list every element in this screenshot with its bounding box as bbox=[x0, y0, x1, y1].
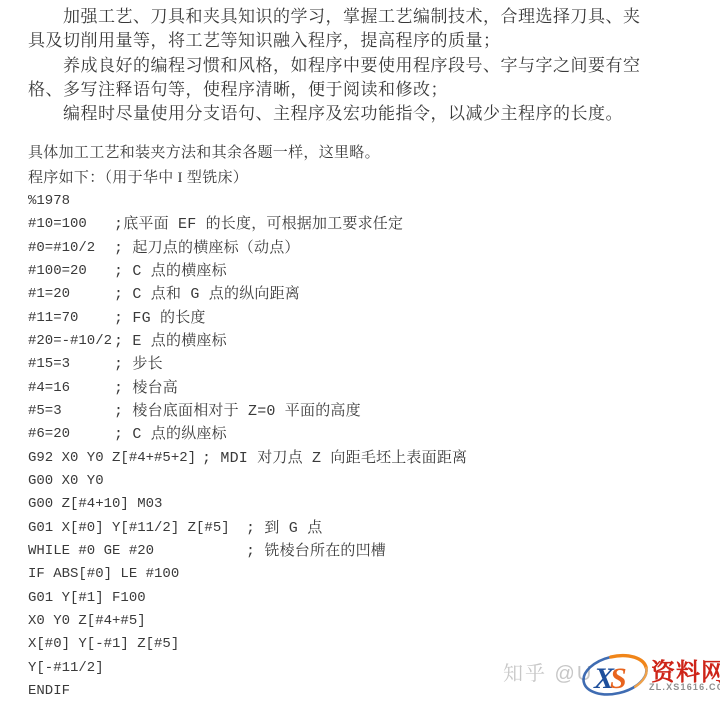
code-text: G00 X0 Y0 bbox=[28, 470, 104, 493]
code-text: #1=20 bbox=[28, 283, 70, 306]
paragraph-line: 具及切削用量等，将工艺等知识融入程序，提高程序的质量； bbox=[28, 29, 688, 53]
code-text: #4=16 bbox=[28, 377, 70, 400]
note-line: 具体加工工艺和装夹方法和其余各题一样，这里略。 bbox=[28, 141, 688, 165]
paragraph-line: 格、多写注释语句等，使程序清晰，便于阅读和修改； bbox=[28, 78, 688, 102]
code-text: #6=20 bbox=[28, 423, 70, 446]
code-text: #20=-#10/2 bbox=[28, 330, 112, 353]
code-line: G00 X0 Y0 bbox=[28, 470, 688, 493]
code-line: #6=20; C 点的纵座标 bbox=[28, 423, 688, 446]
code-line: WHILE #0 GE #20; 铣棱台所在的凹槽 bbox=[28, 540, 688, 563]
paragraph-line: 加强工艺、刀具和夹具知识的学习，掌握工艺编制技术，合理选择刀具、夹 bbox=[28, 5, 688, 29]
code-text: #100=20 bbox=[28, 260, 87, 283]
code-comment: ; 到 G 点 bbox=[246, 517, 322, 540]
code-text: #15=3 bbox=[28, 353, 70, 376]
code-line: #4=16; 棱台高 bbox=[28, 377, 688, 400]
code-line: #15=3; 步长 bbox=[28, 353, 688, 376]
code-comment: ; FG 的长度 bbox=[114, 307, 206, 330]
code-text: Y[-#11/2] bbox=[28, 657, 104, 680]
code-line: G92 X0 Y0 Z[#4+#5+2]; MDI 对刀点 Z 向距毛坯上表面距… bbox=[28, 447, 688, 470]
code-line: X0 Y0 Z[#4+#5] bbox=[28, 610, 688, 633]
code-comment: ; 棱台底面相对于 Z=0 平面的高度 bbox=[114, 400, 361, 423]
program-listing: %1978#10=100;底平面 EF 的长度，可根据加工要求任定#0=#10/… bbox=[28, 190, 688, 701]
code-line: #10=100;底平面 EF 的长度，可根据加工要求任定 bbox=[28, 213, 688, 236]
code-line: #11=70; FG 的长度 bbox=[28, 307, 688, 330]
paragraph-line: 编程时尽量使用分支语句、主程序及宏功能指令，以减少主程序的长度。 bbox=[28, 102, 688, 126]
code-line: G01 X[#0] Y[#11/2] Z[#5]; 到 G 点 bbox=[28, 517, 688, 540]
code-comment: ; 铣棱台所在的凹槽 bbox=[246, 540, 386, 563]
code-text: #11=70 bbox=[28, 307, 78, 330]
code-text: G01 X[#0] Y[#11/2] Z[#5] bbox=[28, 517, 230, 540]
xs-logo-icon: XS bbox=[578, 647, 654, 701]
code-comment: ;底平面 EF 的长度，可根据加工要求任定 bbox=[114, 213, 403, 236]
code-text: ENDIF bbox=[28, 680, 70, 701]
code-text: G00 Z[#4+10] M03 bbox=[28, 493, 162, 516]
code-line: IF ABS[#0] LE #100 bbox=[28, 563, 688, 586]
code-text: X0 Y0 Z[#4+#5] bbox=[28, 610, 146, 633]
code-comment: ; 棱台高 bbox=[114, 377, 178, 400]
code-comment: ; 步长 bbox=[114, 353, 163, 376]
brand-domain: ZL.XS1616.COM bbox=[649, 682, 720, 692]
code-line: G00 Z[#4+10] M03 bbox=[28, 493, 688, 516]
code-text: #0=#10/2 bbox=[28, 237, 95, 260]
paragraph-line: 养成良好的编程习惯和风格，如程序中要使用程序段号、字与字之间要有空 bbox=[28, 54, 688, 78]
document-body: 加强工艺、刀具和夹具知识的学习，掌握工艺编制技术，合理选择刀具、夹具及切削用量等… bbox=[28, 5, 688, 701]
notes-block: 具体加工工艺和装夹方法和其余各题一样，这里略。程序如下：（用于华中 I 型铣床） bbox=[28, 141, 688, 189]
note-line: 程序如下：（用于华中 I 型铣床） bbox=[28, 166, 688, 190]
code-text: #5=3 bbox=[28, 400, 62, 423]
code-line: #20=-#10/2; E 点的横座标 bbox=[28, 330, 688, 353]
code-comment: ; C 点的横座标 bbox=[114, 260, 227, 283]
code-line: #5=3; 棱台底面相对于 Z=0 平面的高度 bbox=[28, 400, 688, 423]
code-text: G92 X0 Y0 Z[#4+#5+2] bbox=[28, 447, 196, 470]
code-text: G01 Y[#1] F100 bbox=[28, 587, 146, 610]
code-text: %1978 bbox=[28, 190, 70, 213]
svg-text:XS: XS bbox=[593, 662, 626, 695]
code-text: #10=100 bbox=[28, 213, 87, 236]
code-comment: ; 起刀点的横座标（动点） bbox=[114, 237, 300, 260]
intro-paragraphs: 加强工艺、刀具和夹具知识的学习，掌握工艺编制技术，合理选择刀具、夹具及切削用量等… bbox=[28, 5, 688, 126]
logo-letter-s: S bbox=[610, 662, 626, 695]
code-line: #100=20; C 点的横座标 bbox=[28, 260, 688, 283]
code-comment: ; E 点的横座标 bbox=[114, 330, 227, 353]
code-line: #1=20; C 点和 G 点的纵向距离 bbox=[28, 283, 688, 306]
code-comment: ; C 点和 G 点的纵向距离 bbox=[114, 283, 300, 306]
code-comment: ; C 点的纵座标 bbox=[114, 423, 227, 446]
code-line: G01 Y[#1] F100 bbox=[28, 587, 688, 610]
code-comment: ; MDI 对刀点 Z 向距毛坯上表面距离 bbox=[202, 447, 467, 470]
code-line: %1978 bbox=[28, 190, 688, 213]
code-text: X[#0] Y[-#1] Z[#5] bbox=[28, 633, 179, 656]
code-text: IF ABS[#0] LE #100 bbox=[28, 563, 179, 586]
code-text: WHILE #0 GE #20 bbox=[28, 540, 154, 563]
code-line: #0=#10/2; 起刀点的横座标（动点） bbox=[28, 237, 688, 260]
